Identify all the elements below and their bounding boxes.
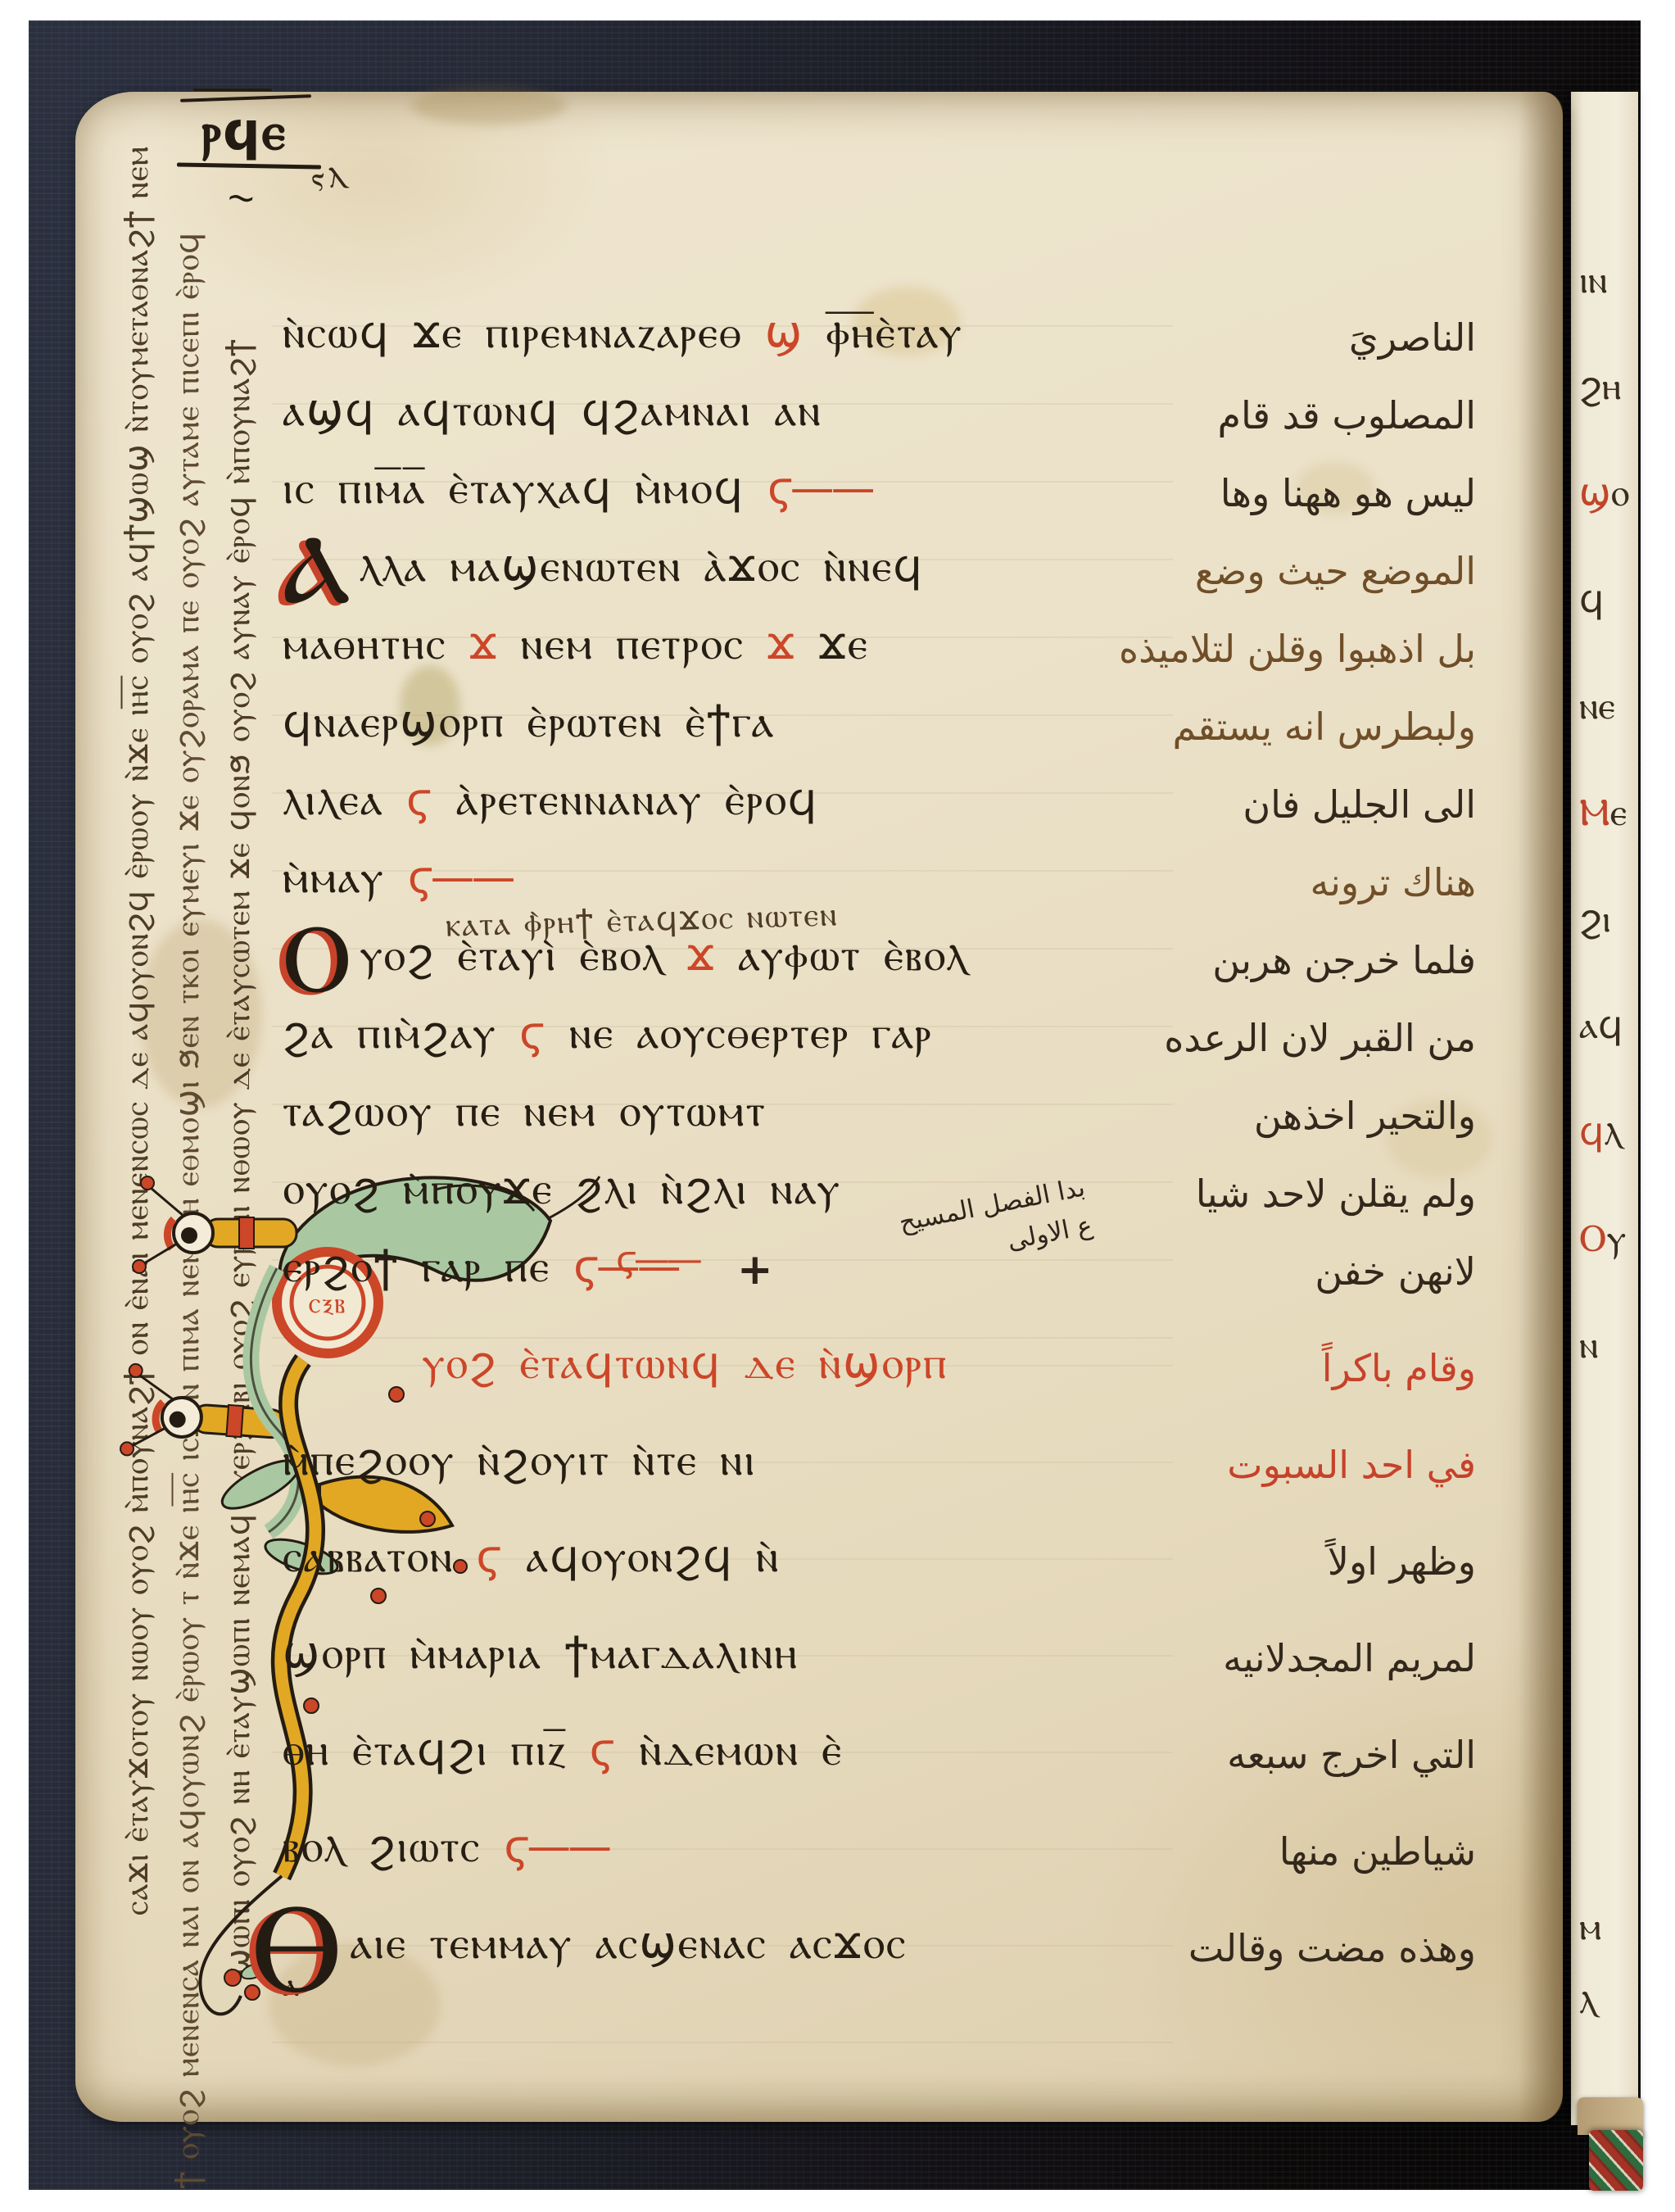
facing-fragment: ϩⲓ bbox=[1579, 900, 1611, 937]
rubric-letter: Ⲙ bbox=[1579, 790, 1610, 834]
coptic-text: ⲁϣϥ ⲁϥⲧⲱⲛϥ ϥϩⲁⲙⲛⲁⲓ ⲁⲛ bbox=[283, 384, 822, 436]
arabic-gloss-line-18: التي اخرج سبعه bbox=[1227, 1732, 1476, 1779]
arabic-gloss-line-20: وهذه مضت وقالت bbox=[1188, 1925, 1476, 1973]
arabic-gloss-line-8: هناك ترونه bbox=[1310, 859, 1476, 907]
coptic-text: ⲙ̀ⲙⲁⲩ bbox=[283, 851, 385, 903]
rubric-letter: ϥ bbox=[1579, 1109, 1604, 1154]
coptic-text: ⲁ̀ⲣⲉⲧⲉⲛⲛⲁⲛⲁⲩ ⲉ̀ⲣⲟϥ bbox=[456, 773, 818, 825]
coptic-line-6: ϥⲛⲁⲉⲣϣⲟⲣⲡ ⲉ̀ⲣⲱⲧⲉⲛ ⲉ̀ϯⲅⲁ bbox=[283, 692, 1216, 751]
folio-squiggle: ∼ bbox=[224, 175, 260, 221]
rubric-mark: ϣ bbox=[743, 306, 826, 358]
facing-fragment: ϣⲟ bbox=[1579, 474, 1629, 511]
rubric-letter: Ⲟ bbox=[1579, 1216, 1606, 1260]
coptic-text: ⲛ̀ⲇⲉⲙⲱⲛ ⲉ̀ bbox=[639, 1724, 843, 1775]
coptic-text: ϫⲉ bbox=[818, 618, 869, 669]
facing-fragment: ⲁϥ bbox=[1579, 1006, 1623, 1044]
illuminated-initial: Ⲑ bbox=[251, 1924, 343, 1973]
cross-mark: + bbox=[737, 1245, 773, 1294]
coptic-text: ⲟ bbox=[1611, 470, 1630, 514]
facing-fragment: ⲙ bbox=[1579, 1907, 1601, 1945]
coptic-text: ⲗ bbox=[1604, 1109, 1622, 1154]
arabic-gloss-line-16: وظهر اولاً bbox=[1328, 1539, 1476, 1586]
coptic-text: ⲁⲩⲫⲱⲧ ⲉ̀ⲃⲟⲗ bbox=[738, 929, 968, 981]
rubric-mark: ϛ bbox=[476, 1530, 526, 1582]
coptic-line-1: ⲛ̀ⲥⲱϥ ϫⲉ ⲡⲓⲣⲉⲙⲛⲁⲍⲁⲣⲉⲑ ϣ ⲫ̅ⲏ̅ⲉ̀ⲧⲁⲩ bbox=[283, 303, 1216, 362]
arabic-gloss-line-11: والتحير اخذهن bbox=[1254, 1093, 1476, 1140]
arabic-gloss-line-9: فلما خرجن هربن bbox=[1212, 937, 1476, 985]
coptic-text: ϩⲁ ⲡⲓⲙ̀ϩⲁⲩ bbox=[283, 1007, 519, 1058]
coptic-line-17: ϣⲟⲣⲡ ⲙ̀ⲙⲁⲣⲓⲁ ϯⲙⲁⲅⲇⲁⲗⲓⲛⲏ bbox=[283, 1624, 1216, 1683]
arabic-gloss-line-17: لمريم المجدلانيه bbox=[1223, 1635, 1476, 1683]
facing-fragment: Ⲟⲩ bbox=[1579, 1219, 1626, 1257]
coptic-text: ⲁϥⲟⲩⲟⲛϩϥ ⲛ̀ bbox=[526, 1530, 780, 1582]
manuscript-photo: ⲓⲛϩⲏϣⲟϥⲛⲉⲘⲉϩⲓⲁϥϥⲗⲞⲩⲛⲙⲗ ⲣϥⲉ ∼ ⲋⲗ ⲥⲁϫⲓ ⲉ̀ⲧ… bbox=[0, 0, 1675, 2212]
arabic-gloss-line-3: ليس هو ههنا وها bbox=[1220, 470, 1476, 518]
facing-fragment: ϥⲗ bbox=[1579, 1113, 1622, 1150]
manuscript-page: ⲣϥⲉ ∼ ⲋⲗ ⲥⲁϫⲓ ⲉ̀ⲧⲁⲩϫⲟⲧⲟⲩ ⲛⲱⲟⲩ ⲟⲩⲟϩ ⲙ̀ⲡⲟⲩ… bbox=[75, 92, 1563, 2122]
arabic-gloss-line-15: في احد السبوت bbox=[1227, 1442, 1476, 1489]
coptic-text: ⲙ̀ⲡⲉϩⲟⲟⲩ ⲛ̀ϩⲟⲩⲓⲧ ⲛ̀ⲧⲉ ⲛⲓ bbox=[283, 1434, 756, 1485]
facing-fragment: ϩⲏ bbox=[1579, 367, 1621, 405]
coptic-text: ⲛⲉ ⲁⲟⲩⲥⲑⲉⲣⲧⲉⲣ ⲅⲁⲣ bbox=[569, 1007, 933, 1058]
coptic-line-18: ⲑⲏ ⲉ̀ⲧⲁϥϩⲓ ⲡⲓⲍ̅ ϛ ⲛ̀ⲇⲉⲙⲱⲛ ⲉ̀ bbox=[283, 1720, 1216, 1779]
arabic-gloss-line-4: الموضع حيث وضع bbox=[1195, 548, 1476, 596]
rubric-mark: ϛ bbox=[590, 1724, 640, 1775]
folio-number: ⲣϥⲉ bbox=[201, 102, 287, 162]
rubric-mark: ϫ bbox=[767, 618, 818, 669]
coptic-text: ϣⲟⲣⲡ ⲙ̀ⲙⲁⲣⲓⲁ ϯⲙⲁⲅⲇⲁⲗⲓⲛⲏ bbox=[283, 1627, 799, 1679]
coptic-text: ⲉⲣϩⲟϯ ⲅⲁⲣ ⲡⲉ bbox=[283, 1240, 550, 1292]
coptic-line-10: ϩⲁ ⲡⲓⲙ̀ϩⲁⲩ ϛ ⲛⲉ ⲁⲟⲩⲥⲑⲉⲣⲧⲉⲣ ⲅⲁⲣ bbox=[283, 1004, 1216, 1063]
coptic-line-20: ⲁⲐⲁⲓⲉ ⲧⲉⲙⲙⲁⲩ ⲁⲥϣⲉⲛⲁⲥ ⲁⲥϫⲟⲥ bbox=[283, 1914, 1216, 2015]
coptic-text: ⲙⲁⲑⲏⲧⲏⲥ bbox=[283, 618, 469, 669]
facing-fragment: ⲛ bbox=[1579, 1326, 1598, 1363]
arabic-gloss-line-19: شياطين منها bbox=[1279, 1829, 1476, 1876]
rubric-mark: ⲩⲟϩ ⲉ̀ⲧⲁϥⲧⲱⲛϥ ⲇⲉ ⲛ̀ϣⲟⲣⲡ bbox=[422, 1337, 948, 1389]
stain bbox=[411, 87, 567, 125]
coptic-text: ϥⲛⲁⲉⲣϣⲟⲣⲡ ⲉ̀ⲣⲱⲧⲉⲛ ⲉ̀ϯⲅⲁ bbox=[283, 696, 775, 747]
facing-fragment: ⲗ bbox=[1579, 1981, 1597, 2019]
binding-endband bbox=[1589, 2130, 1643, 2191]
rubric-flourish: ϛ—— bbox=[408, 851, 513, 903]
folio-rule bbox=[193, 88, 272, 91]
gutter-shadow bbox=[1519, 92, 1563, 2122]
ornament-bud bbox=[133, 1176, 297, 1273]
coptic-text: ⲃⲟⲗ ϩⲓⲱⲧⲥ bbox=[283, 1820, 481, 1872]
rubric-flourish: ϛ—— bbox=[767, 462, 872, 514]
coptic-line-19: ⲃⲟⲗ ϩⲓⲱⲧⲥϛ—— bbox=[283, 1817, 1216, 1876]
coptic-line-3: ⲓⲥ ⲡⲓⲙ̅ⲁ̅ ⲉ̀ⲧⲁⲩⲭⲁϥ ⲙ̀ⲙⲟϥϛ—— bbox=[283, 459, 1216, 518]
rubric-letter: ϣ bbox=[1579, 470, 1611, 514]
arabic-gloss-line-2: المصلوب قد قام bbox=[1218, 392, 1476, 440]
coptic-text: ⲗⲗⲁ ⲙⲁϣⲉⲛⲱⲧⲉⲛ ⲁ̀ϫⲟⲥ ⲛ̀ⲛⲉϥ bbox=[359, 540, 924, 592]
coptic-line-15: ⲙ̀ⲡⲉϩⲟⲟⲩ ⲛ̀ϩⲟⲩⲓⲧ ⲛ̀ⲧⲉ ⲛⲓ bbox=[283, 1430, 1216, 1489]
coptic-line-11: ⲧⲁϩⲱⲟⲩ ⲡⲉ ⲛⲉⲙ ⲟⲩⲧⲱⲙⲧ bbox=[283, 1081, 1216, 1140]
rubric-mark: ϛ bbox=[519, 1007, 569, 1058]
coptic-text: ⲫ̅ⲏ̅ⲉ̀ⲧⲁⲩ bbox=[826, 306, 963, 358]
arabic-gloss-line-12: ولم يقلن لاحد شيا bbox=[1196, 1171, 1476, 1218]
facing-fragment: Ⲙⲉ bbox=[1579, 793, 1627, 831]
rubric-mark: ϛ bbox=[406, 773, 456, 825]
facing-fragment: ⲓⲛ bbox=[1579, 261, 1607, 298]
folio-rule bbox=[177, 162, 321, 169]
coptic-text: ⲛ̀ⲥⲱϥ ϫⲉ ⲡⲓⲣⲉⲙⲛⲁⲍⲁⲣⲉⲑ bbox=[283, 306, 743, 358]
coptic-line-16: ⲥⲁⲃⲃⲁⲧⲟⲛ ϛ ⲁϥⲟⲩⲟⲛϩϥ ⲛ̀ bbox=[283, 1527, 1216, 1586]
illuminated-initial: Ⲟ bbox=[283, 935, 353, 984]
arabic-gloss-line-10: من القبر لان الرعده bbox=[1164, 1015, 1476, 1063]
facing-fragment: ϥ bbox=[1579, 580, 1604, 618]
coptic-text: ⲉ bbox=[1610, 790, 1627, 834]
rubric-flourish: ϛ—— bbox=[616, 1239, 699, 1281]
rubric-mark: ϫ bbox=[469, 618, 521, 669]
facing-fragment: ⲛⲉ bbox=[1579, 687, 1615, 724]
coptic-line-7: ⲗⲓⲗⲉⲁ ϛ ⲁ̀ⲣⲉⲧⲉⲛⲛⲁⲛⲁⲩ ⲉ̀ⲣⲟϥ bbox=[283, 770, 1216, 829]
coptic-line-4: Ⲁⲗⲗⲁ ⲙⲁϣⲉⲛⲱⲧⲉⲛ ⲁ̀ϫⲟⲥ ⲛ̀ⲛⲉϥ bbox=[283, 537, 1216, 596]
coptic-line-2: ⲁϣϥ ⲁϥⲧⲱⲛϥ ϥϩⲁⲙⲛⲁⲓ ⲁⲛ bbox=[283, 381, 1216, 440]
coptic-text: ⲓⲥ ⲡⲓⲙ̅ⲁ̅ ⲉ̀ⲧⲁⲩⲭⲁϥ ⲙ̀ⲙⲟϥ bbox=[283, 462, 745, 514]
arabic-gloss-line-13: لانهن خفن bbox=[1315, 1249, 1476, 1296]
coptic-line-5: ⲙⲁⲑⲏⲧⲏⲥ ϫ ⲛⲉⲙ ⲡⲉⲧⲣⲟⲥ ϫ ϫⲉ bbox=[283, 614, 1216, 673]
coptic-text: ⲗⲓⲗⲉⲁ bbox=[283, 773, 406, 825]
rubric-flourish: ϛ—— bbox=[504, 1820, 609, 1872]
coptic-text: ⲧⲁϩⲱⲟⲩ ⲡⲉ ⲛⲉⲙ ⲟⲩⲧⲱⲙⲧ bbox=[283, 1085, 767, 1136]
arabic-gloss-line-7: الى الجليل فان bbox=[1243, 782, 1476, 829]
illuminated-initial: Ⲁ bbox=[283, 546, 352, 595]
facing-page-sliver: ⲓⲛϩⲏϣⲟϥⲛⲉⲘⲉϩⲓⲁϥϥⲗⲞⲩⲛⲙⲗ bbox=[1571, 92, 1638, 2125]
coptic-text: ⲟⲩⲟϩ ⲙ̀ⲡⲟⲩϫⲉ ϩⲗⲓ ⲛ̀ϩⲗⲓ ⲛⲁⲩ bbox=[283, 1163, 841, 1214]
arabic-gloss-line-5: بل اذهبوا وقلن لتلاميذه bbox=[1119, 626, 1476, 673]
coptic-text: ⲁⲓⲉ ⲧⲉⲙⲙⲁⲩ ⲁⲥϣⲉⲛⲁⲥ ⲁⲥϫⲟⲥ bbox=[350, 1917, 907, 1969]
arabic-gloss-line-6: ولبطرس انه يستقم bbox=[1173, 704, 1476, 751]
coptic-text: ⲥⲁⲃⲃⲁⲧⲟⲛ bbox=[283, 1530, 476, 1582]
quire-mark: ⲋⲗ bbox=[307, 152, 351, 200]
coptic-text: ⲛⲉⲙ ⲡⲉⲧⲣⲟⲥ bbox=[521, 618, 767, 669]
arabic-gloss-line-14: وقام باكراً bbox=[1322, 1345, 1476, 1393]
coptic-text: ⲑⲏ ⲉ̀ⲧⲁϥϩⲓ ⲡⲓⲍ̅ bbox=[283, 1724, 590, 1775]
arabic-gloss-line-1: الناصريَ bbox=[1349, 315, 1476, 362]
coptic-text: ⲩ bbox=[1606, 1216, 1626, 1260]
coptic-line-14: ⲩⲟϩ ⲉ̀ⲧⲁϥⲧⲱⲛϥ ⲇⲉ ⲛ̀ϣⲟⲣⲡ bbox=[283, 1334, 1356, 1393]
